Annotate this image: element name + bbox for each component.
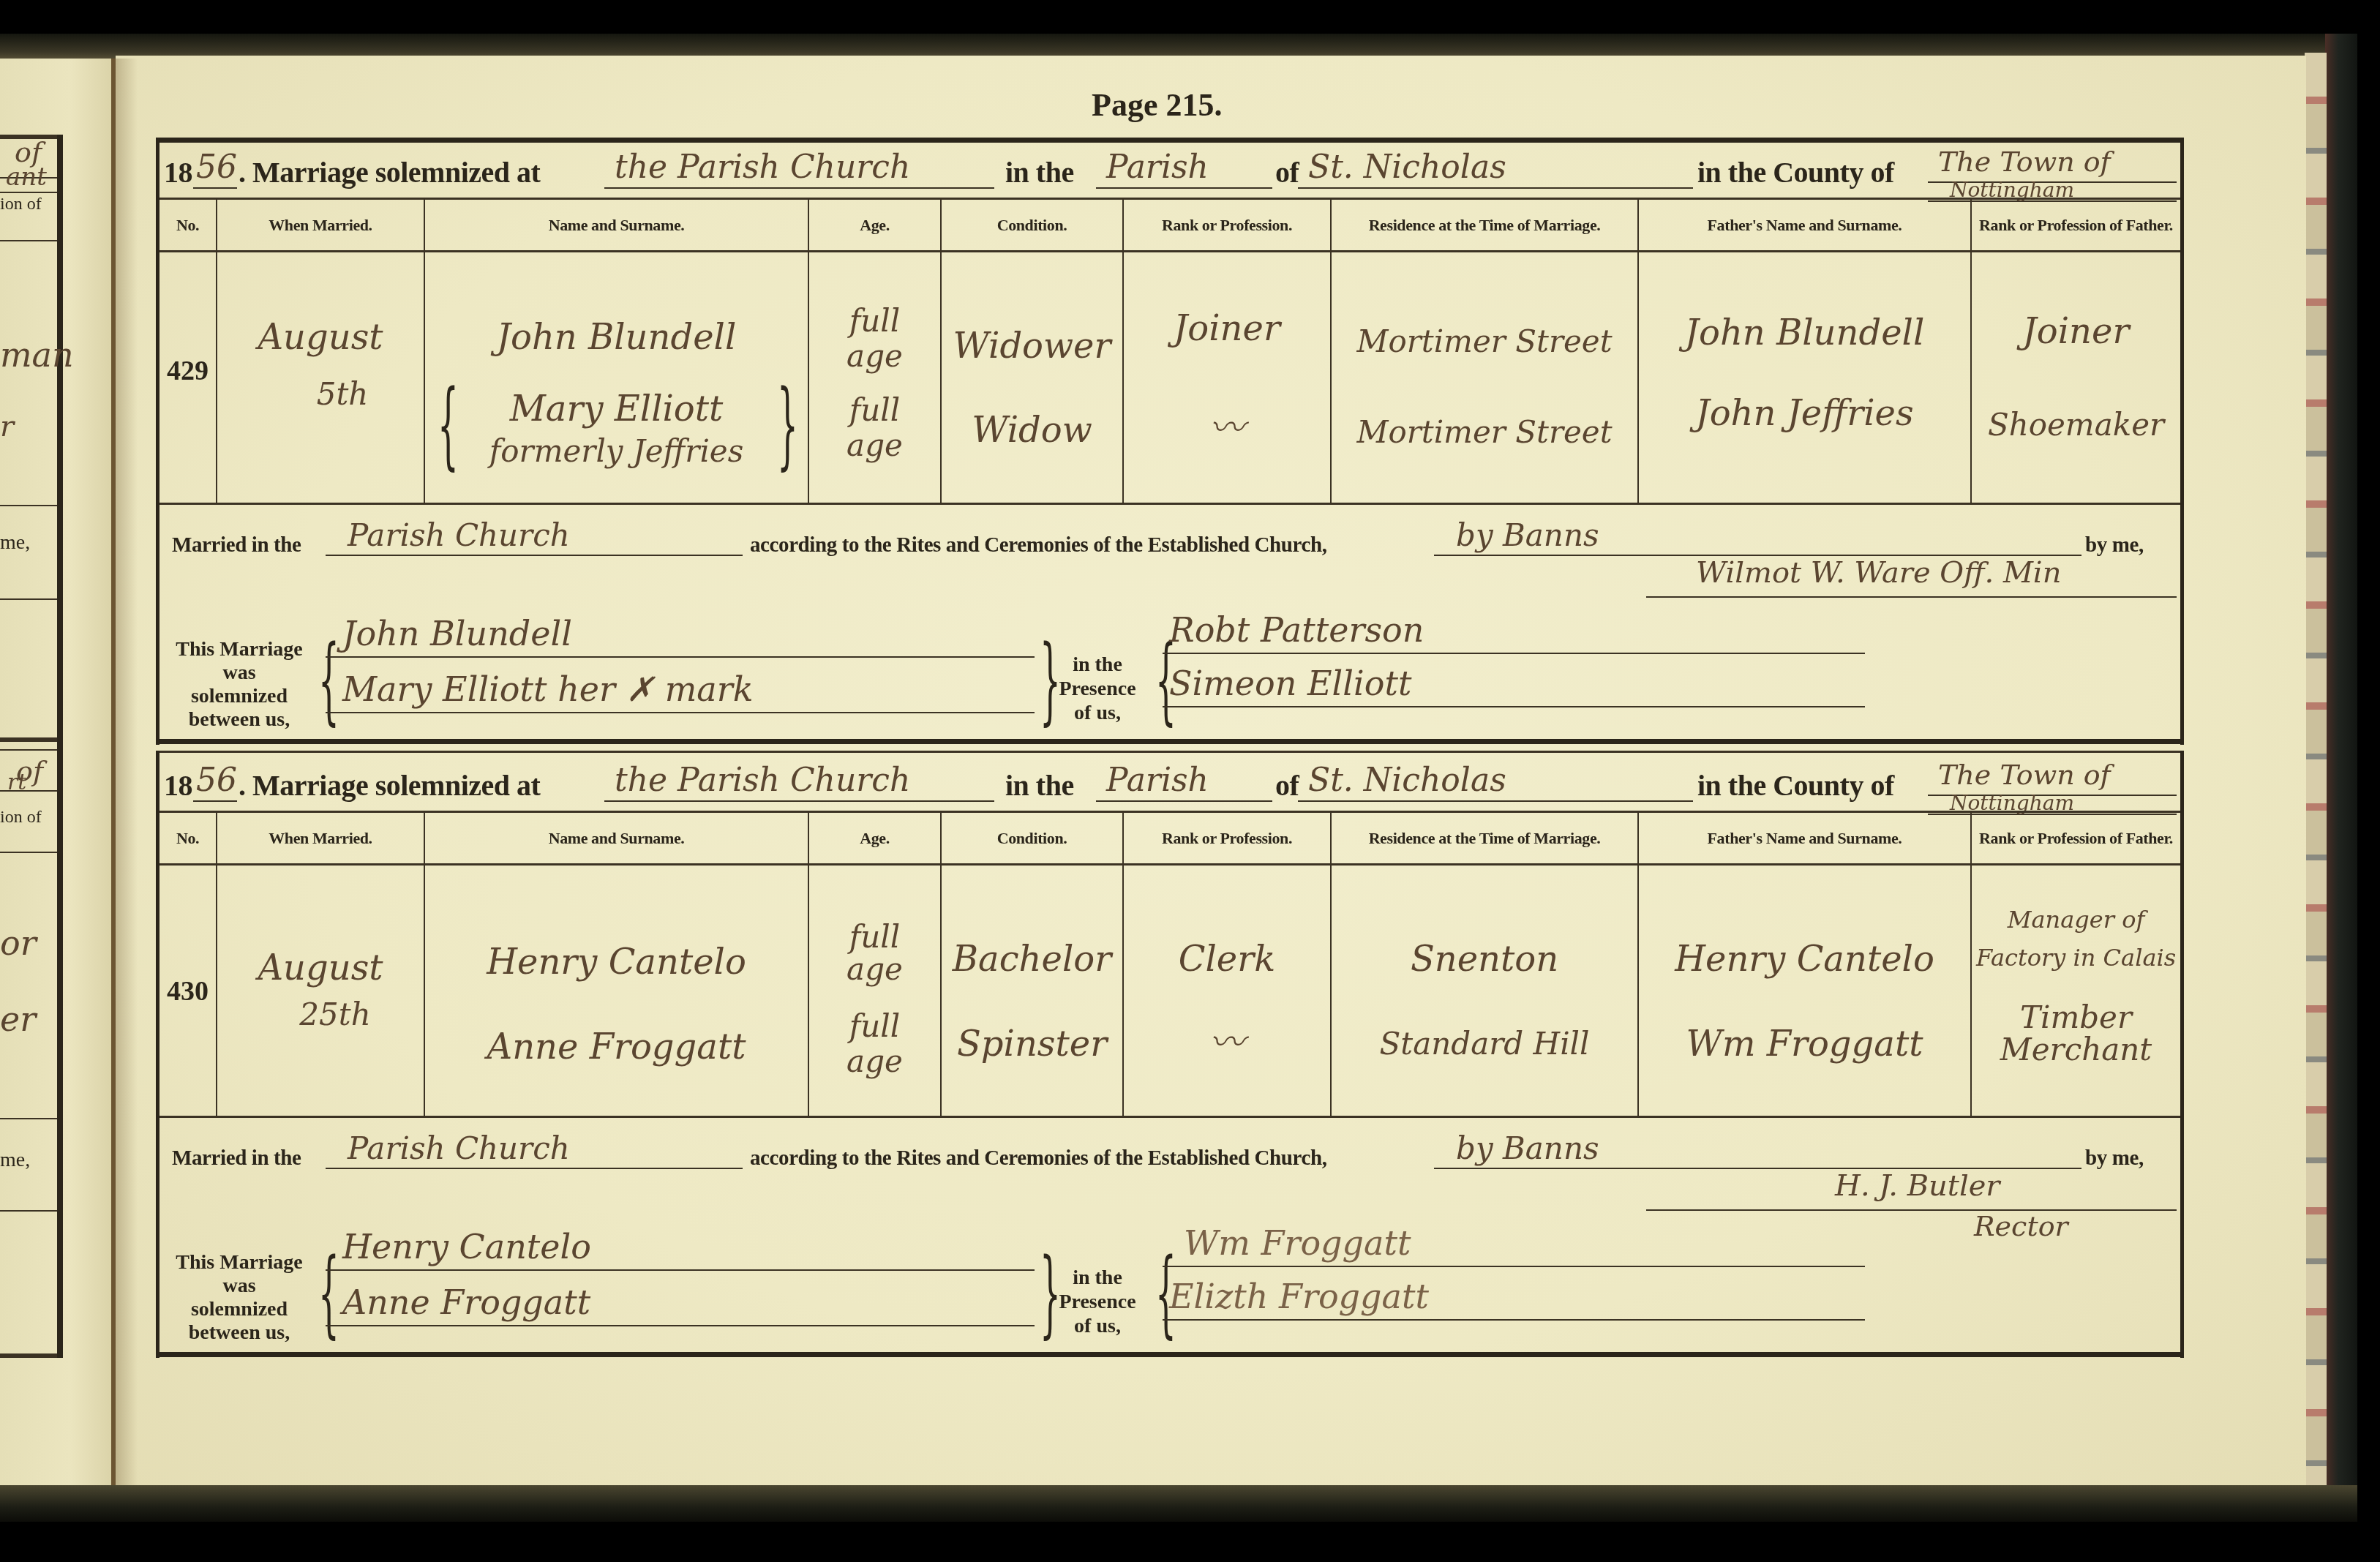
year-field: 56 <box>193 758 237 802</box>
year-prefix: 18 <box>164 155 192 190</box>
label-line: in the <box>1048 1266 1147 1290</box>
signature-line <box>326 1269 1035 1271</box>
groom-age: age <box>809 339 940 374</box>
bride-name: Mary Elliott <box>425 388 808 429</box>
column-father-name: Father's Name and Surname. Henry Cantelo… <box>1639 813 1972 1116</box>
column-name: Name and Surname. John Blundell { Mary E… <box>425 200 809 503</box>
label-line: between us, <box>164 1321 315 1345</box>
method-value: by Banns <box>1456 517 1599 555</box>
groom-rank: Clerk <box>1124 939 1330 980</box>
entry-top-rule <box>159 138 2180 143</box>
groom-rank: Joiner <box>1124 308 1330 349</box>
groom-father-name: John Blundell <box>1639 312 1970 353</box>
between-us-label: This Marriage was solemnized between us, <box>164 1251 315 1345</box>
divider <box>0 505 60 506</box>
of-label: of <box>1275 155 1299 190</box>
officiant-line <box>1646 596 2177 598</box>
groom-age: age <box>809 952 940 987</box>
left-father-rank-fragment: or <box>0 923 37 963</box>
method-field: by Banns <box>1434 515 2081 556</box>
groom-father-rank: Joiner <box>1972 311 2180 352</box>
column-age: Age. full age full age <box>809 200 942 503</box>
column-rank: Rank or Profession. Joiner 〰 <box>1124 200 1332 503</box>
groom-residence: Mortimer Street <box>1332 324 1637 359</box>
place-value: the Parish Church <box>615 761 910 800</box>
column-header: No. <box>159 200 216 252</box>
gutter-shadow <box>116 59 138 1487</box>
bride-signature: Anne Froggatt <box>342 1282 590 1323</box>
entry-number: 430 <box>159 975 216 1007</box>
solemnized-label: . Marriage solemnized at <box>239 155 540 190</box>
divider <box>0 598 60 600</box>
entry-table: No. 430 When Married. August 25th Name a… <box>159 813 2180 1116</box>
divider <box>0 749 60 751</box>
year-value: 56 <box>196 148 237 187</box>
county-label: in the County of <box>1697 768 1894 803</box>
column-condition: Condition. Widower Widow <box>942 200 1124 503</box>
row-rule <box>159 503 2180 505</box>
officiant-signature: H. J. Butler <box>1835 1168 2000 1204</box>
page-edges <box>2305 53 2327 1488</box>
signature-line <box>326 1325 1035 1326</box>
column-no: No. 429 <box>159 200 217 503</box>
signature-line <box>326 656 1035 658</box>
label-line: solemnized <box>164 1298 315 1321</box>
rites-label: according to the Rites and Ceremonies of… <box>750 1146 1327 1171</box>
solemnized-label: . Marriage solemnized at <box>239 768 540 803</box>
column-header: Condition. <box>942 813 1122 866</box>
witness-line <box>1163 653 1865 654</box>
label-line: Presence <box>1048 677 1147 701</box>
district-type-field: Parish <box>1096 145 1272 189</box>
label-line: of us, <box>1048 1314 1147 1338</box>
year-value: 56 <box>196 761 237 800</box>
column-header: Rank or Profession. <box>1124 200 1330 252</box>
bride-father-rank: Shoemaker <box>1972 408 2180 443</box>
married-in-value: Parish Church <box>348 517 570 555</box>
left-county-fragment: rt <box>7 770 26 795</box>
register-photo: of ant ion of man r me, of rt ion of or … <box>0 0 2380 1562</box>
divider <box>0 192 60 193</box>
left-county-fragment: ant <box>6 162 47 192</box>
marriage-month: August <box>217 947 424 988</box>
entry-top-rule <box>159 751 2180 753</box>
entry-bottom-rule <box>159 739 2180 744</box>
label-line: was <box>164 1274 315 1298</box>
entry-bottom-rule <box>159 1352 2180 1357</box>
column-header: Father's Name and Surname. <box>1639 200 1970 252</box>
witness-signature: Wm Froggatt <box>1184 1223 1411 1264</box>
column-header: Residence at the Time of Marriage. <box>1332 200 1637 252</box>
in-the-label: in the <box>1005 768 1074 803</box>
witness-signature: Elizth Froggatt <box>1169 1276 1429 1317</box>
book-cover-bottom <box>0 1485 2357 1522</box>
groom-residence: Snenton <box>1332 939 1637 980</box>
entry-header: 18 56 . Marriage solemnized at the Paris… <box>159 756 2180 811</box>
bride-residence: Mortimer Street <box>1332 415 1637 450</box>
label-line: This Marriage <box>164 638 315 661</box>
column-header: When Married. <box>217 200 424 252</box>
row-rule <box>159 1116 2180 1118</box>
groom-father-rank: Manager of <box>1972 905 2180 934</box>
place-value: the Parish Church <box>615 148 910 187</box>
married-in-label: Married in the <box>172 533 301 557</box>
brace-right-icon: } <box>777 377 798 472</box>
witness-signature: Robt Patterson <box>1169 609 1424 650</box>
column-rank: Rank or Profession. Clerk 〰 <box>1124 813 1332 1116</box>
column-header: Rank or Profession of Father. <box>1972 200 2180 252</box>
left-by-me-fragment: me, <box>0 531 30 555</box>
book-cover-right <box>2325 34 2357 1522</box>
district-name-value: St. Nicholas <box>1308 761 1506 800</box>
bride-father-name: Wm Froggatt <box>1639 1024 1970 1065</box>
officiant-title: Rector <box>1974 1210 2068 1242</box>
bride-age: age <box>809 428 940 463</box>
column-age: Age. full age full age <box>809 813 942 1116</box>
entry-header: 18 56 . Marriage solemnized at the Paris… <box>159 143 2180 198</box>
divider <box>0 1118 60 1119</box>
column-residence: Residence at the Time of Marriage. Snent… <box>1332 813 1639 1116</box>
groom-condition: Widower <box>942 326 1122 367</box>
divider <box>0 1210 60 1212</box>
county-value-line1: The Town of <box>1938 755 2111 795</box>
left-column-header-fragment: ion of <box>0 195 42 214</box>
groom-father-rank: Factory in Calais <box>1972 943 2180 972</box>
married-in-field: Parish Church <box>326 1128 743 1169</box>
label-line: was <box>164 661 315 685</box>
groom-father-name: Henry Cantelo <box>1639 939 1970 980</box>
method-field: by Banns <box>1434 1128 2081 1169</box>
left-father-rank-fragment: r <box>0 410 14 443</box>
bride-father-rank: Merchant <box>1972 1032 2180 1067</box>
by-me-label: by me, <box>2085 533 2144 557</box>
year-prefix: 18 <box>164 768 192 803</box>
column-header: No. <box>159 813 216 866</box>
column-header: Rank or Profession. <box>1124 813 1330 866</box>
divider <box>0 737 60 742</box>
district-type-value: Parish <box>1106 148 1209 187</box>
left-column-header-fragment: ion of <box>0 808 42 827</box>
bride-age: full <box>809 1009 940 1044</box>
marriage-day: 5th <box>217 377 424 412</box>
label-line: between us, <box>164 708 315 732</box>
bride-condition: Spinster <box>942 1024 1122 1065</box>
groom-signature: John Blundell <box>342 613 572 654</box>
bride-father-rank: Timber <box>1972 1000 2180 1035</box>
bride-rank: 〰 <box>1124 1022 1330 1063</box>
groom-age: full <box>809 304 940 339</box>
county-label: in the County of <box>1697 155 1894 190</box>
bride-condition: Widow <box>942 410 1122 451</box>
year-field: 56 <box>193 145 237 189</box>
witness-line <box>1163 1266 1865 1267</box>
of-label: of <box>1275 768 1299 803</box>
groom-name: Henry Cantelo <box>425 942 808 983</box>
marriage-entry: 18 56 . Marriage solemnized at the Paris… <box>156 138 2184 745</box>
married-in-value: Parish Church <box>348 1130 570 1168</box>
between-us-label: This Marriage was solemnized between us, <box>164 638 315 732</box>
divider <box>0 1353 60 1358</box>
groom-age: full <box>809 920 940 955</box>
column-when-married: When Married. August 25th <box>217 813 425 1116</box>
officiant-line <box>1646 1209 2177 1211</box>
column-header: Father's Name and Surname. <box>1639 813 1970 866</box>
column-when-married: When Married. August 5th <box>217 200 425 503</box>
column-header: Rank or Profession of Father. <box>1972 813 2180 866</box>
bride-rank: 〰 <box>1124 408 1330 448</box>
bride-name: Anne Froggatt <box>425 1026 808 1067</box>
column-header: Name and Surname. <box>425 200 808 252</box>
bride-age: full <box>809 393 940 428</box>
witness-line <box>1163 1319 1865 1321</box>
column-father-rank: Rank or Profession of Father. Manager of… <box>1972 813 2180 1116</box>
district-name-field: St. Nicholas <box>1298 145 1693 189</box>
in-the-label: in the <box>1005 155 1074 190</box>
bride-former-name: formerly Jeffries <box>425 434 808 469</box>
left-father-rank-fragment: man <box>0 335 74 375</box>
left-by-me-fragment: me, <box>0 1149 30 1172</box>
district-name-field: St. Nicholas <box>1298 758 1693 802</box>
district-type-field: Parish <box>1096 758 1272 802</box>
column-condition: Condition. Bachelor Spinster <box>942 813 1124 1116</box>
witness-signature: Simeon Elliott <box>1169 663 1411 704</box>
column-header: Age. <box>809 813 940 866</box>
signature-line <box>326 712 1035 713</box>
presence-label: in the Presence of us, <box>1048 1266 1147 1338</box>
left-page-table-border <box>57 135 63 1358</box>
column-residence: Residence at the Time of Marriage. Morti… <box>1332 200 1639 503</box>
method-value: by Banns <box>1456 1130 1599 1168</box>
district-type-value: Parish <box>1106 761 1209 800</box>
column-header: Age. <box>809 200 940 252</box>
county-value-line1: The Town of <box>1938 142 2111 181</box>
column-name: Name and Surname. Henry Cantelo Anne Fro… <box>425 813 809 1116</box>
married-in-field: Parish Church <box>326 515 743 556</box>
bride-residence: Standard Hill <box>1332 1026 1637 1062</box>
marriage-entry: 18 56 . Marriage solemnized at the Paris… <box>156 751 2184 1358</box>
rites-label: according to the Rites and Ceremonies of… <box>750 533 1327 557</box>
place-field: the Parish Church <box>604 145 994 189</box>
groom-signature: Henry Cantelo <box>342 1226 591 1267</box>
bride-father-name: John Jeffries <box>1639 393 1970 434</box>
page-number: Page 215. <box>1092 86 1222 124</box>
officiant-signature: Wilmot W. Ware Off. Min <box>1696 555 2061 591</box>
marriage-month: August <box>217 317 424 358</box>
place-field: the Parish Church <box>604 758 994 802</box>
married-in-label: Married in the <box>172 1146 301 1171</box>
label-line: Presence <box>1048 1290 1147 1314</box>
column-no: No. 430 <box>159 813 217 1116</box>
bride-signature: Mary Elliott her ✗ mark <box>342 669 754 710</box>
label-line: This Marriage <box>164 1251 315 1274</box>
witness-line <box>1163 706 1865 707</box>
groom-condition: Bachelor <box>942 939 1122 980</box>
label-line: of us, <box>1048 701 1147 725</box>
column-father-name: Father's Name and Surname. John Blundell… <box>1639 200 1972 503</box>
column-header: When Married. <box>217 813 424 866</box>
column-header: Condition. <box>942 200 1122 252</box>
label-line: solemnized <box>164 685 315 708</box>
column-father-rank: Rank or Profession of Father. Joiner Sho… <box>1972 200 2180 503</box>
column-header: Residence at the Time of Marriage. <box>1332 813 1637 866</box>
by-me-label: by me, <box>2085 1146 2144 1171</box>
divider <box>0 240 60 241</box>
label-line: in the <box>1048 653 1147 677</box>
divider <box>0 852 60 853</box>
groom-name: John Blundell <box>425 317 808 358</box>
column-header: Name and Surname. <box>425 813 808 866</box>
left-father-rank-fragment: er <box>0 999 36 1039</box>
marriage-day: 25th <box>217 997 424 1032</box>
presence-label: in the Presence of us, <box>1048 653 1147 725</box>
entry-number: 429 <box>159 355 216 387</box>
entry-table: No. 429 When Married. August 5th Name an… <box>159 200 2180 503</box>
district-name-value: St. Nicholas <box>1308 148 1506 187</box>
bride-age: age <box>809 1044 940 1079</box>
